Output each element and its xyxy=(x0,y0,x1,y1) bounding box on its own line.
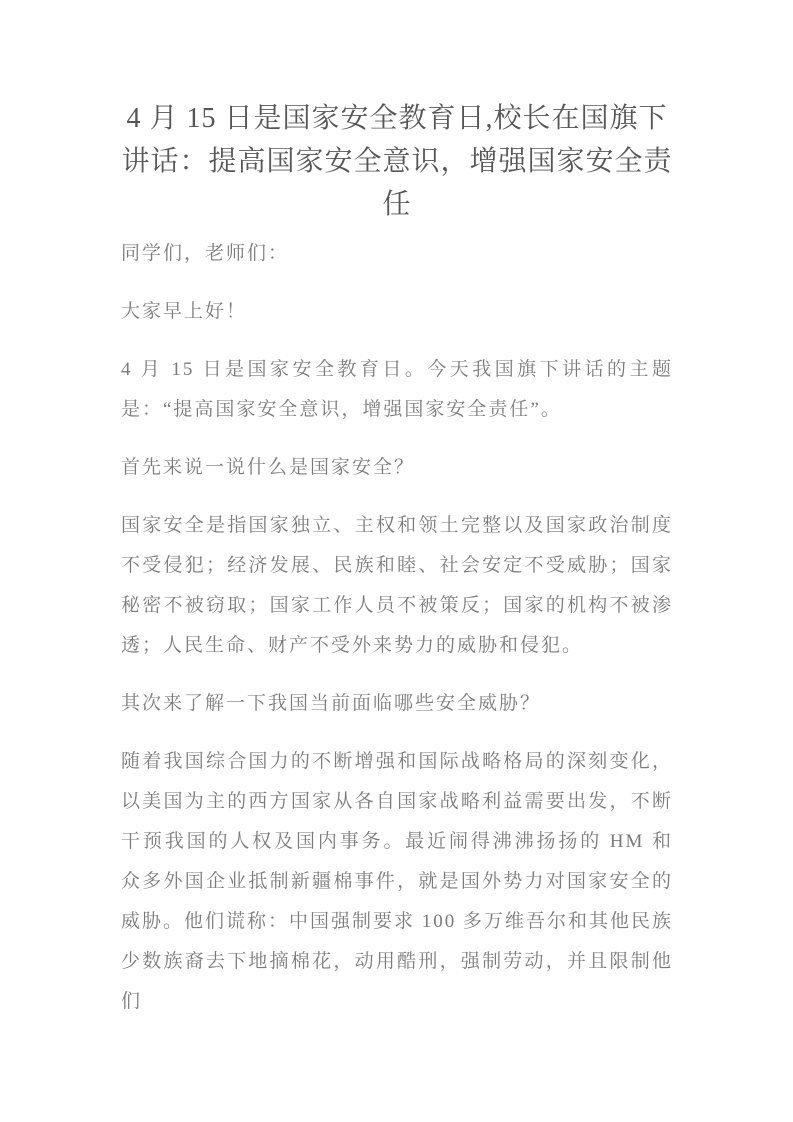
para-question-threats: 其次来了解一下我国当前面临哪些安全威胁？ xyxy=(121,684,673,724)
para-security-definition: 国家安全是指国家独立、主权和领土完整以及国家政治制度不受侵犯；经济发展、民族和睦… xyxy=(121,506,673,666)
document-page: 4 月 15 日是国家安全教育日,校长在国旗下 讲话：提高国家安全意识，增强国家… xyxy=(0,0,793,1122)
title-line-3: 任 xyxy=(121,183,673,226)
para-question-what-is-security: 首先来说一说什么是国家安全？ xyxy=(121,448,673,488)
para-salutation: 同学们，老师们： xyxy=(121,234,673,274)
para-theme: 4 月 15 日是国家安全教育日。今天我国旗下讲话的主题是：“提高国家安全意识，… xyxy=(121,350,673,430)
title-line-1: 4 月 15 日是国家安全教育日,校长在国旗下 xyxy=(121,97,673,140)
title-line-2: 讲话：提高国家安全意识，增强国家安全责 xyxy=(121,140,673,183)
para-threats-description: 随着我国综合国力的不断增强和国际战略格局的深刻变化，以美国为主的西方国家从各自国… xyxy=(121,742,673,1022)
para-greeting: 大家早上好！ xyxy=(121,292,673,332)
document-title: 4 月 15 日是国家安全教育日,校长在国旗下 讲话：提高国家安全意识，增强国家… xyxy=(121,97,673,226)
